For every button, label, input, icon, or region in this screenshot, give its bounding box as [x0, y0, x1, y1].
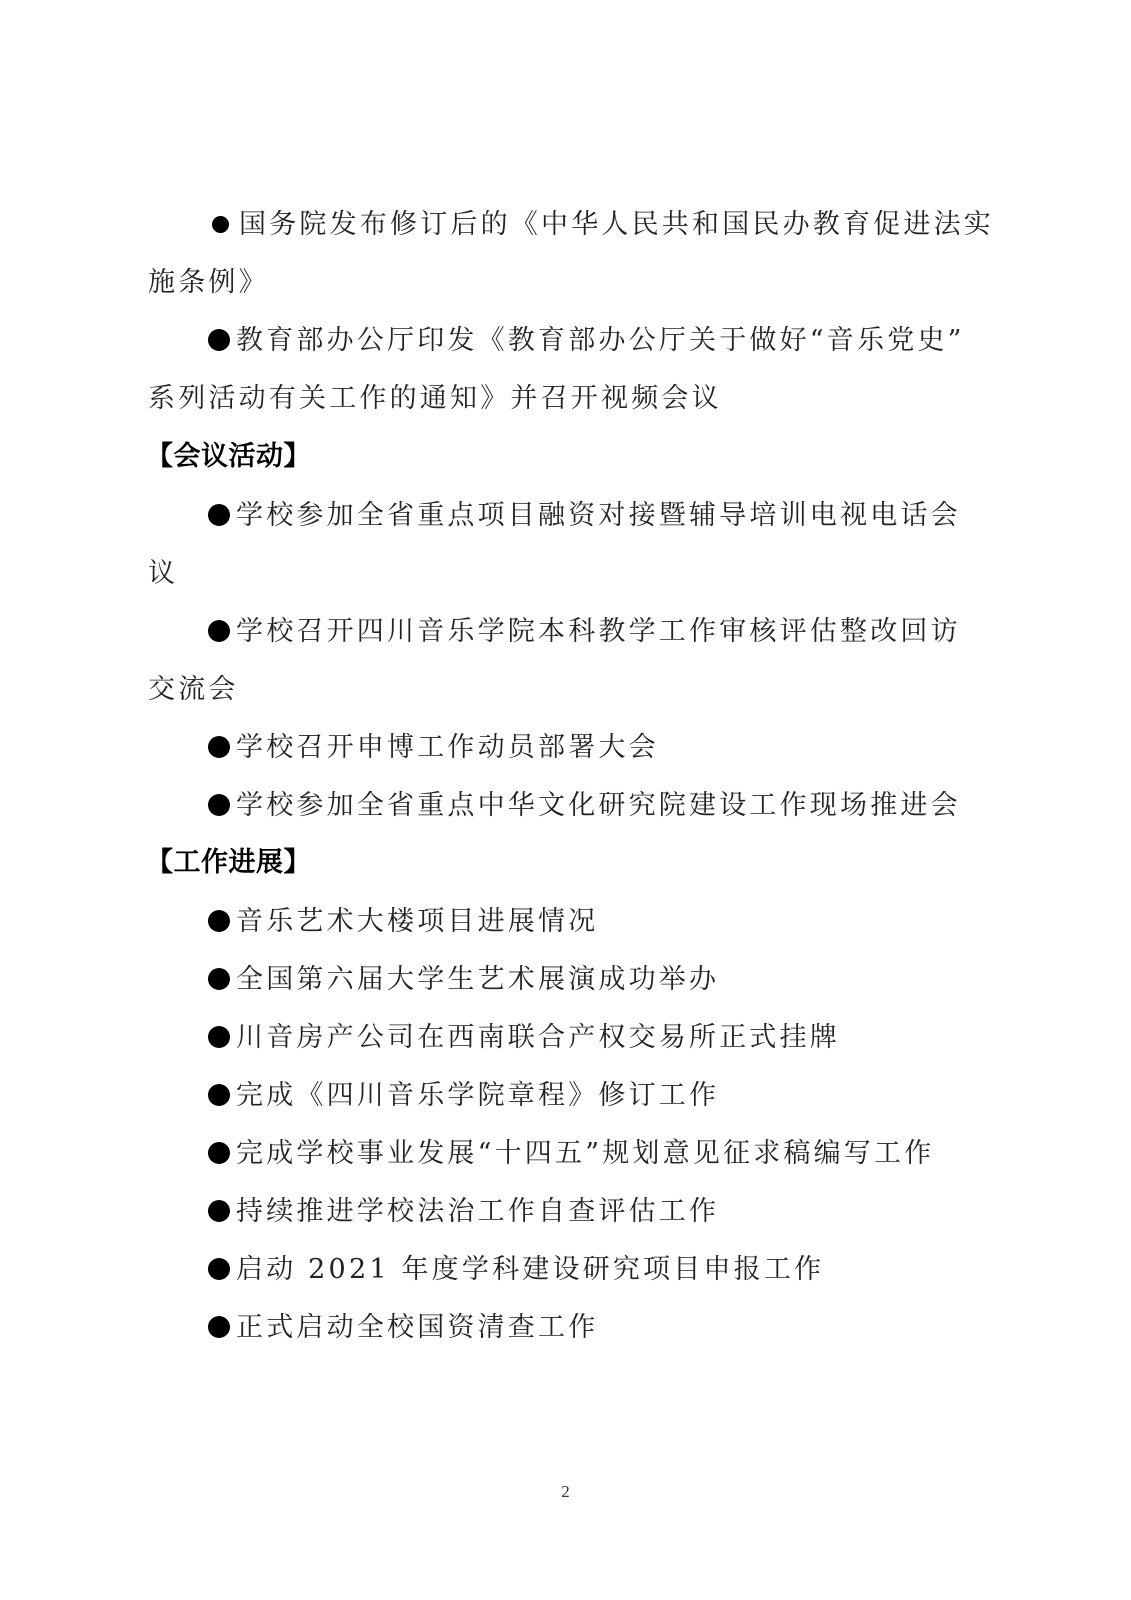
list-item: 教育部办公厅印发《教育部办公厅关于做好“音乐党史”: [208, 324, 965, 358]
bullet-icon: [208, 1200, 230, 1222]
list-item: 启动 2021 年度学科建设研究项目申报工作: [208, 1253, 824, 1287]
list-item-continuation: 系列活动有关工作的通知》并召开视频会议: [148, 382, 722, 416]
list-item-text: 音乐艺术大楼项目进展情况: [236, 906, 598, 937]
bullet-icon: [208, 504, 230, 526]
list-item: 川音房产公司在西南联合产权交易所正式挂牌: [208, 1021, 840, 1055]
bullet-icon: [212, 216, 229, 233]
bullet-icon: [208, 968, 230, 990]
bullet-icon: [208, 910, 230, 932]
section-heading-meetings: 【会议活动】: [146, 440, 311, 474]
list-item: 全国第六届大学生艺术展演成功举办: [208, 963, 719, 997]
bullet-icon: [208, 794, 230, 816]
list-item: 完成《四川音乐学院章程》修订工作: [208, 1079, 719, 1113]
list-item-text: 正式启动全校国资清查工作: [236, 1312, 598, 1343]
list-item-text: 全国第六届大学生艺术展演成功举办: [236, 964, 719, 995]
list-item: 完成学校事业发展“十四五”规划意见征求稿编写工作: [208, 1137, 934, 1171]
list-item-continuation: 交流会: [148, 673, 239, 707]
bullet-icon: [208, 329, 230, 351]
list-item: 学校召开四川音乐学院本科教学工作审核评估整改回访: [208, 615, 961, 649]
list-item: 国务院发布修订后的《中华人民共和国民办教育促进法实: [208, 208, 994, 242]
list-item-text: 完成学校事业发展“十四五”规划意见征求稿编写工作: [236, 1138, 934, 1169]
list-item: 学校参加全省重点中华文化研究院建设工作现场推进会: [208, 789, 961, 823]
section-heading-progress: 【工作进展】: [146, 846, 311, 880]
bullet-icon: [208, 620, 230, 642]
document-page: 国务院发布修订后的《中华人民共和国民办教育促进法实 施条例》 教育部办公厅印发《…: [0, 0, 1131, 1600]
list-item-text: 教育部办公厅印发《教育部办公厅关于做好“音乐党史”: [236, 325, 965, 356]
list-item-continuation: 施条例》: [148, 266, 269, 300]
list-item: 学校参加全省重点项目融资对接暨辅导培训电视电话会: [208, 499, 961, 533]
bullet-icon: [208, 1142, 230, 1164]
list-item: 音乐艺术大楼项目进展情况: [208, 905, 598, 939]
list-item: 学校召开申博工作动员部署大会: [208, 731, 659, 765]
bullet-icon: [208, 1316, 230, 1338]
bullet-icon: [208, 1084, 230, 1106]
list-item: 正式启动全校国资清查工作: [208, 1311, 598, 1345]
bullet-icon: [208, 736, 230, 758]
list-item-text: 学校参加全省重点中华文化研究院建设工作现场推进会: [236, 790, 961, 821]
list-item-text: 国务院发布修订后的《中华人民共和国民办教育促进法实: [239, 209, 994, 240]
bullet-icon: [208, 1026, 230, 1048]
list-item: 持续推进学校法治工作自查评估工作: [208, 1195, 719, 1229]
list-item-continuation: 议: [148, 557, 178, 591]
list-item-text: 完成《四川音乐学院章程》修订工作: [236, 1080, 719, 1111]
list-item-text: 学校召开申博工作动员部署大会: [236, 732, 659, 763]
bullet-icon: [208, 1258, 230, 1280]
page-number: 2: [0, 1482, 1131, 1502]
list-item-text: 持续推进学校法治工作自查评估工作: [236, 1196, 719, 1227]
list-item-text: 学校参加全省重点项目融资对接暨辅导培训电视电话会: [236, 500, 961, 531]
list-item-text: 学校召开四川音乐学院本科教学工作审核评估整改回访: [236, 616, 961, 647]
list-item-text: 启动 2021 年度学科建设研究项目申报工作: [236, 1254, 824, 1285]
list-item-text: 川音房产公司在西南联合产权交易所正式挂牌: [236, 1022, 840, 1053]
